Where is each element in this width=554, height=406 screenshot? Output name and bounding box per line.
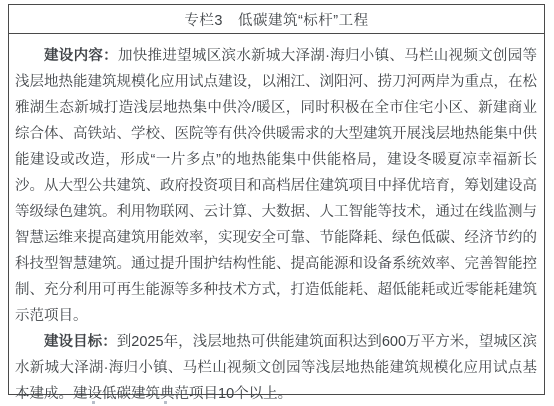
paragraph-label: 建设目标：	[44, 334, 117, 350]
panel-title: 专栏3 低碳建筑“标杆”工程	[9, 5, 544, 34]
paragraph-text: 加快推进望城区滨水新城大泽湖·海归小镇、马栏山视频文创园等浅层地热能建筑规模化应…	[15, 48, 537, 324]
cutoff-text-fragment	[92, 401, 95, 404]
panel-body: 建设内容：加快推进望城区滨水新城大泽湖·海归小镇、马栏山视频文创园等浅层地热能建…	[9, 34, 544, 406]
document-page: 专栏3 低碳建筑“标杆”工程 建设内容：加快推进望城区滨水新城大泽湖·海归小镇、…	[0, 0, 554, 406]
cutoff-text-fragment	[164, 401, 167, 404]
paragraph-construction-goal: 建设目标：到2025年，浅层地热可供能建筑面积达到600万平方米，望城区滨水新城…	[15, 329, 537, 406]
paragraph-construction-content: 建设内容：加快推进望城区滨水新城大泽湖·海归小镇、马栏山视频文创园等浅层地热能建…	[15, 43, 537, 329]
column-box-panel: 专栏3 低碳建筑“标杆”工程 建设内容：加快推进望城区滨水新城大泽湖·海归小镇、…	[8, 4, 545, 395]
paragraph-label: 建设内容：	[44, 48, 118, 64]
